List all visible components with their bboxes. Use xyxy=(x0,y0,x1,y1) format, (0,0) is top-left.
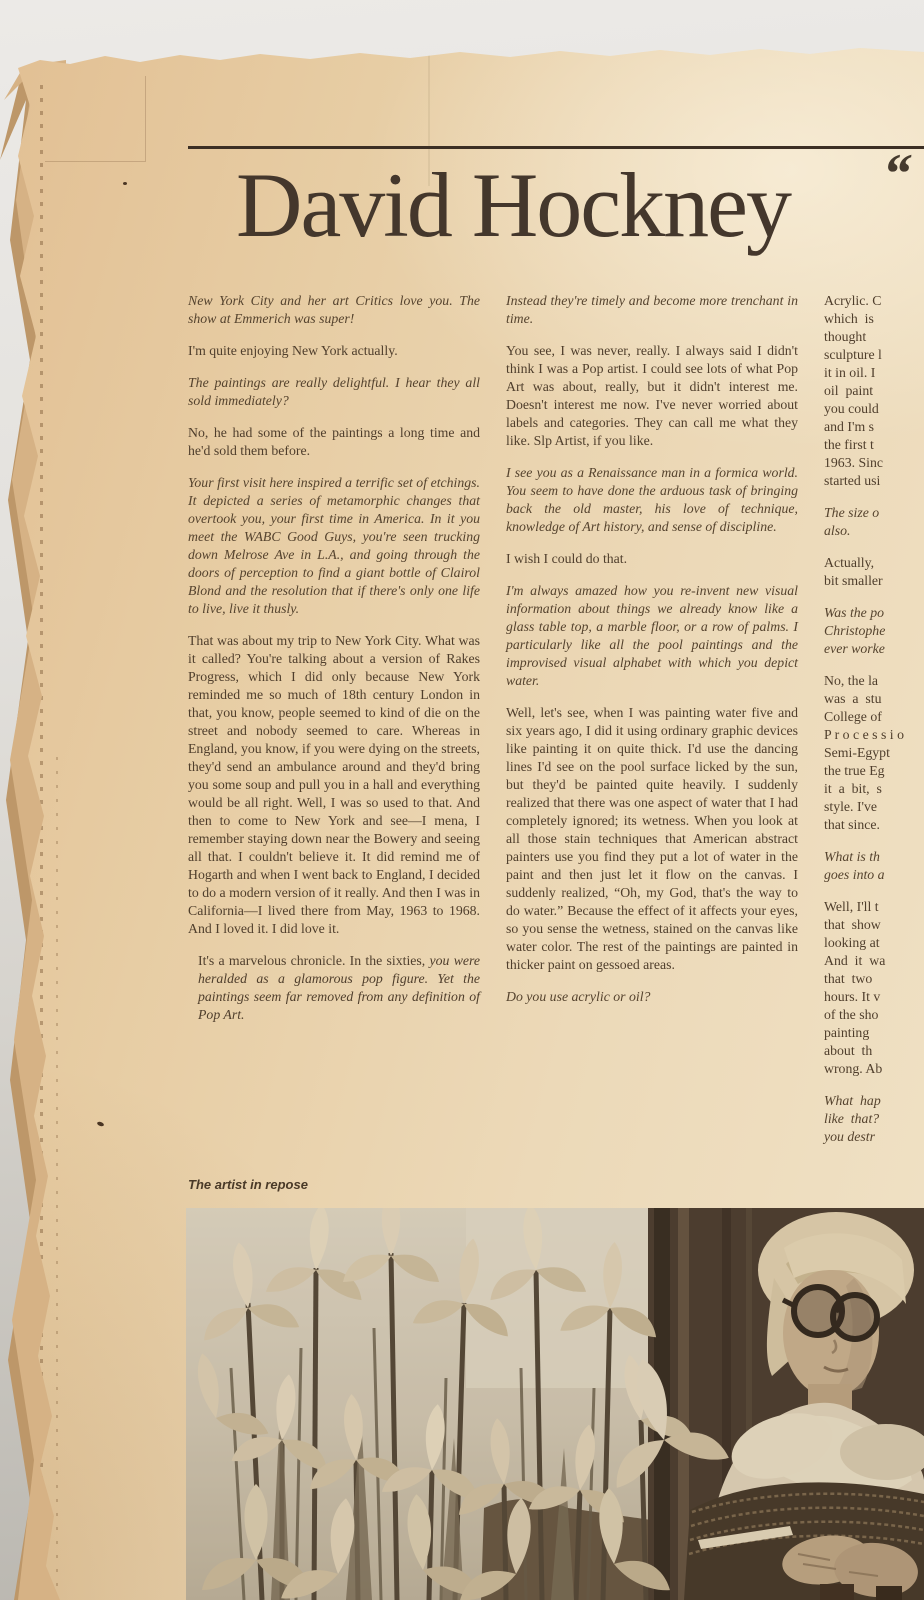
header-rule xyxy=(188,146,924,149)
fold-crease-mark xyxy=(45,76,146,162)
artist-photo xyxy=(186,1208,924,1600)
interview-answer: Actually, bit smaller xyxy=(824,554,924,590)
pull-quote-open-mark: “ xyxy=(879,142,914,206)
stitch-perforation-lower xyxy=(56,746,58,1586)
interview-answer: No, he had some of the paintings a long … xyxy=(188,424,480,460)
interview-answer: No, the la was a stu College of P r o c … xyxy=(824,672,924,834)
newspaper-page: David Hockney “ New York City and her ar… xyxy=(10,46,924,1600)
paper-fleck xyxy=(123,182,127,185)
interview-answer: You see, I was never, really. I always s… xyxy=(506,342,798,450)
interview-answer: Acrylic. C which is thought sculpture l … xyxy=(824,292,924,490)
interview-question: The size o also. xyxy=(824,504,924,540)
interview-question: The paintings are really delightful. I h… xyxy=(188,374,480,410)
page-title: David Hockney xyxy=(236,152,790,258)
interview-answer: Well, let's see, when I was painting wat… xyxy=(506,704,798,974)
interview-question: New York City and her art Critics love y… xyxy=(188,292,480,328)
photo-backdrop: David Hockney “ New York City and her ar… xyxy=(0,0,924,1600)
interview-question: Your first visit here inspired a terrifi… xyxy=(188,474,480,618)
interview-answer: I'm quite enjoying New York actually. xyxy=(188,342,480,360)
interview-question: What hap like that? you destr xyxy=(824,1092,924,1146)
interview-answer: That was about my trip to New York City.… xyxy=(188,632,480,938)
interview-question: Do you use acrylic or oil? xyxy=(506,988,798,1006)
interview-question: I'm always amazed how you re-invent new … xyxy=(506,582,798,690)
interview-answer: I wish I could do that. xyxy=(506,550,798,568)
article-column-2: Instead they're timely and become more t… xyxy=(506,292,798,1160)
interview-question: I see you as a Renaissance man in a form… xyxy=(506,464,798,536)
photo-caption: The artist in repose xyxy=(188,1177,308,1192)
interview-answer: Well, I'll t that show looking at And it… xyxy=(824,898,924,1078)
article-column-1: New York City and her art Critics love y… xyxy=(188,292,480,1160)
artist-photo-illustration xyxy=(186,1208,924,1600)
article-column-3: Acrylic. C which is thought sculpture l … xyxy=(824,292,924,1160)
article-columns: New York City and her art Critics love y… xyxy=(188,292,924,1160)
interview-question: Was the po Christophe ever worke xyxy=(824,604,924,658)
interview-answer: It's a marvelous chronicle. In the sixti… xyxy=(198,952,480,1024)
paper-fleck xyxy=(97,1121,105,1127)
interview-question: What is th goes into a xyxy=(824,848,924,884)
interview-question: Instead they're timely and become more t… xyxy=(506,292,798,328)
